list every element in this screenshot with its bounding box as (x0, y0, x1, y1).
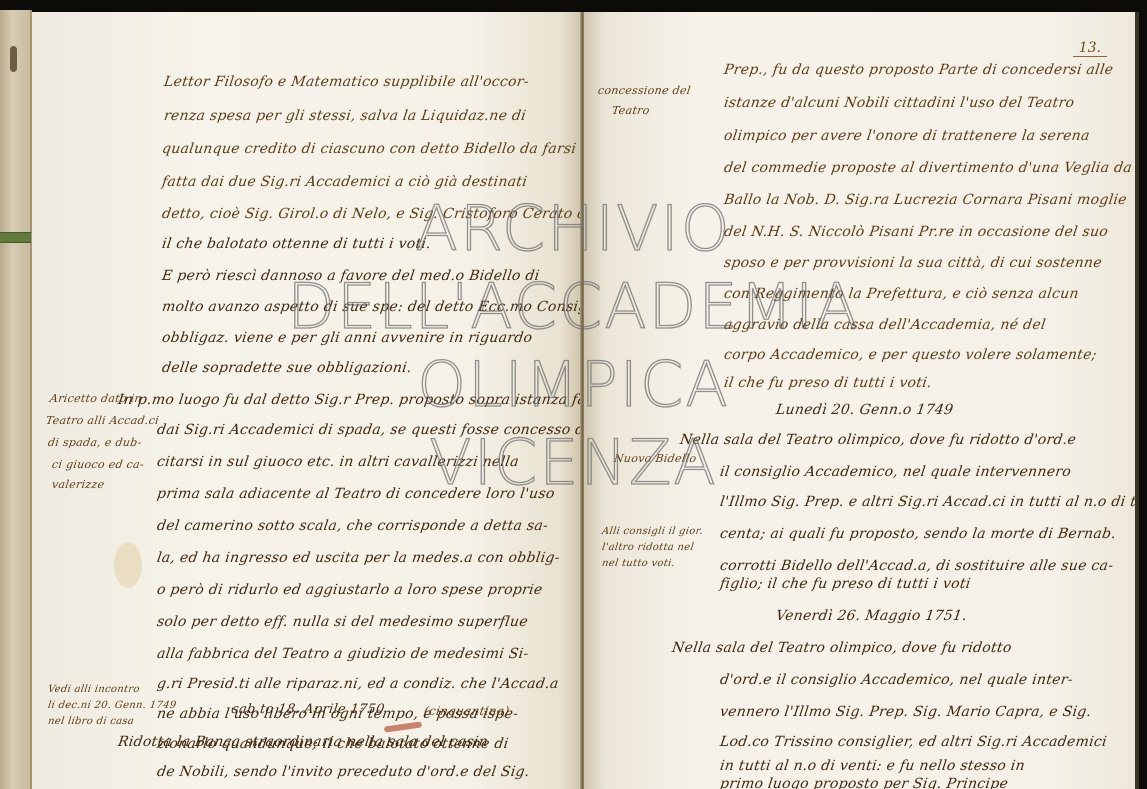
text-line: Prep., fu da questo proposto Parte di co… (723, 62, 1115, 78)
text-line: delle sopradette sue obbligazioni. (161, 360, 413, 376)
book-binding (0, 10, 32, 789)
date-heading: Lunedì 20. Genn.o 1749 (775, 402, 955, 418)
text-line: de Nobili, sendo l'invito preceduto d'or… (156, 764, 531, 780)
text-line: citarsi in sul giuoco etc. in altri cava… (156, 454, 520, 470)
text-line: del camerino sotto scala, che corrispond… (156, 518, 549, 534)
text-line: centa; ai quali fu proposto, sendo la mo… (719, 526, 1117, 542)
text-line: Ridotta la Banca straordinaria nella sal… (117, 734, 489, 750)
text-line: figlio; il che fu preso di tutti i voti (719, 576, 972, 592)
text-line: d'ord.e il consiglio Accademico, nel qua… (719, 672, 1074, 688)
binding-clasp (10, 46, 17, 72)
manuscript-spread: Lettor Filosofo e Matematico supplibile … (0, 0, 1147, 789)
text-line: g.ri Presid.ti alle riparaz.ni, ed a con… (156, 676, 560, 692)
text-line: solo per detto eff. nulla si del medesim… (156, 614, 529, 630)
text-line: l'Illmo Sig. Prep. e altri Sig.ri Accad.… (719, 494, 1139, 510)
text-line: primo luogo proposto per Sig. Principe (719, 776, 1009, 789)
date-note: (cinquantina) (423, 704, 510, 718)
text-line: del N.H. S. Niccolò Pisani Pr.re in occa… (723, 224, 1109, 240)
text-line: Nella sala del Teatro olimpico, dove fu … (671, 640, 1013, 656)
text-line: corrotti Bidello dell'Accad.a, di sostit… (719, 558, 1115, 574)
text-line: renza spesa per gli stessi, salva la Liq… (163, 108, 527, 124)
text-line: detto, cioè Sig. Girol.o di Nelo, e Sig.… (161, 206, 582, 222)
text-line: del commedie proposte al divertimento d'… (723, 160, 1133, 176)
text-line: Ballo la Nob. D. Sig.ra Lucrezia Cornara… (723, 192, 1128, 208)
text-line: In p.mo luogo fu dal detto Sig.r Prep. p… (117, 392, 582, 408)
red-ink-mark (384, 721, 422, 732)
text-line: qualunque credito di ciascuno con detto … (161, 141, 577, 157)
text-line: Lettor Filosofo e Matematico supplibile … (163, 74, 530, 90)
green-ribbon-tie (0, 232, 31, 243)
text-line: alla fabbrica del Teatro a giudizio de m… (156, 646, 530, 662)
date-heading: sab.to 18. Aprile 1750 (231, 702, 386, 717)
text-line: Nella sala del Teatro olimpico, dove fu … (679, 432, 1077, 448)
text-line: in tutti al n.o di venti: e fu nello ste… (719, 758, 1026, 774)
text-line: fatta dai due Sig.ri Accademici a ciò gi… (161, 174, 528, 190)
text-line: o però di ridurlo ed aggiustarlo a loro … (156, 582, 544, 598)
text-line: la, ed ha ingresso ed uscita per la mede… (156, 550, 561, 566)
text-line: corpo Accademico, e per questo volere so… (723, 347, 1098, 363)
left-page: Lettor Filosofo e Matematico supplibile … (32, 12, 582, 789)
text-line: sposo e per provvisioni la sua città, di… (723, 255, 1103, 271)
text-line: istanze d'alcuni Nobili cittadini l'uso … (723, 95, 1075, 111)
text-line: prima sala adiacente al Teatro di conced… (156, 486, 556, 502)
text-line: il consiglio Accademico, nel quale inter… (719, 464, 1072, 480)
text-line: vennero l'Illmo Sig. Prep. Sig. Mario Ca… (719, 704, 1093, 720)
right-page: 13. Prep., fu da questo proposto Parte d… (584, 12, 1139, 789)
text-line: olimpico per avere l'onore di trattenere… (723, 128, 1091, 144)
text-line: E però riescì dannoso a favore del med.o… (161, 268, 541, 284)
text-line: il che fu preso di tutti i voti. (723, 375, 933, 391)
text-line: il che balotato ottenne di tutti i voti. (161, 236, 432, 252)
page-number: 13. (1073, 40, 1107, 57)
text-line: aggravio della cassa dell'Accademia, né … (723, 317, 1047, 333)
text-line: Lod.co Trissino consiglier, ed altri Sig… (719, 734, 1108, 750)
text-line: obbligaz. viene e per gli anni avvenire … (161, 330, 534, 346)
text-line: con Reggimento la Prefettura, e ciò senz… (723, 286, 1080, 302)
text-line: molto avanzo aspetto di sue spe: del det… (161, 299, 582, 315)
text-line: dai Sig.ri Accademici di spada, se quest… (156, 422, 582, 438)
date-heading: Venerdì 26. Maggio 1751. (775, 608, 968, 624)
paper-stain (114, 542, 142, 588)
